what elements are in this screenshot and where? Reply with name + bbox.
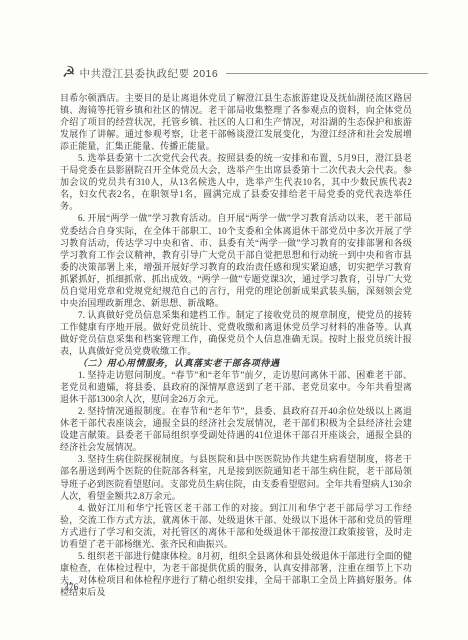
paragraph: 目希尔顿酒店。主要目的是让离退休党员了解澄江县生态旅游建设及抚仙湖径流区路居镇、… bbox=[60, 92, 412, 152]
party-emblem-icon: ☭ bbox=[62, 66, 75, 81]
running-head: ☭ 中共澄江县委执政纪要 2016 bbox=[62, 64, 428, 82]
paragraph: 1. 坚持走访慰问制度。“春节”和“老年节”前夕，走访慰问离休干部、困难老干部、… bbox=[60, 369, 412, 405]
running-head-title: 中共澄江县委执政纪要 2016 bbox=[79, 66, 218, 81]
paragraph: 3. 坚持生病住院探视制度。与县医院和县中医医院协作共建生病看望制度，将老干部名… bbox=[60, 453, 412, 501]
paragraph: 2. 坚持情况通报制度。在春节和“老年节”，县委、县政府召开40余位处级以上离退… bbox=[60, 405, 412, 453]
paragraph: 6. 开展“两学一做”学习教育活动。自开展“两学一做”学习教育活动以来，老干部局… bbox=[60, 212, 412, 308]
body-text: 目希尔顿酒店。主要目的是让离退休党员了解澄江县生态旅游建设及抚仙湖径流区路居镇、… bbox=[60, 92, 412, 598]
scanned-book-page: ☭ 中共澄江县委执政纪要 2016 目希尔顿酒店。主要目的是让离退休党员了解澄江… bbox=[0, 0, 468, 640]
running-head-rule bbox=[226, 73, 428, 74]
page-number: 376 bbox=[64, 583, 78, 593]
paragraph: 5. 选举县委第十二次党代会代表。按照县委的统一安排和布置，5月9日，澄江县老干… bbox=[60, 152, 412, 212]
paragraph: 7. 认真做好党员信息采集和建档工作。制定了接收党员的规章制度，使党员的接转工作… bbox=[60, 309, 412, 357]
paragraph: （二）用心用情服务，认真落实老干部各项待遇 bbox=[60, 357, 412, 369]
paragraph: 5. 组织老干部进行健康体检。8月初，组织全县离休和县处级退休干部进行全面的健康… bbox=[60, 550, 412, 598]
paragraph: 4. 做好江川和华宁托管区老干部工作的对接。到江川和华宁老干部局学习工作经验，交… bbox=[60, 502, 412, 550]
